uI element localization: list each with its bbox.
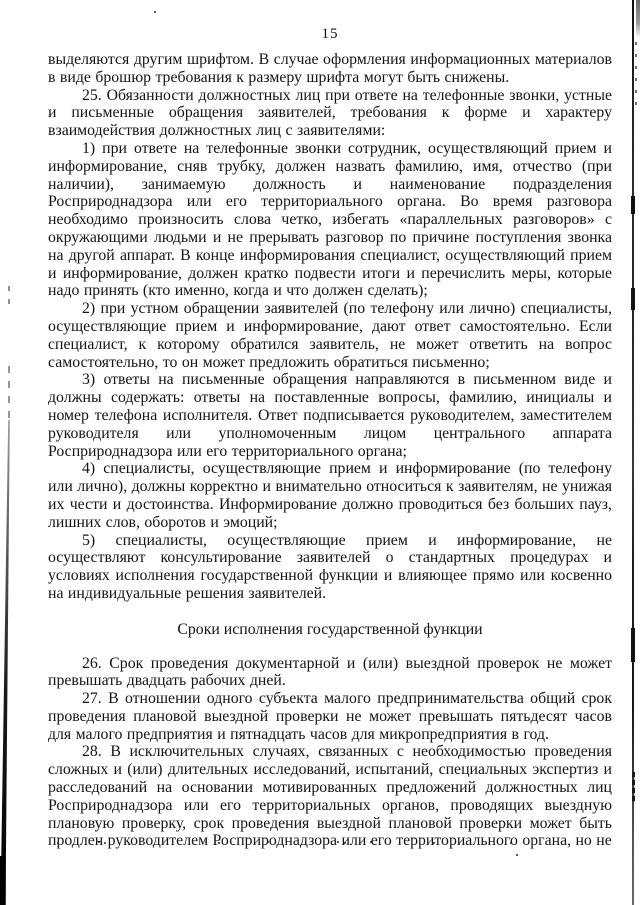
scan-artifact-corner-smudge	[636, 0, 640, 38]
page-number: 15	[48, 26, 612, 43]
document-page: 15 выделяются другим шрифтом. В случае о…	[0, 0, 640, 905]
paragraph: 26. Срок проведения документарной и (или…	[48, 655, 612, 691]
page-content: выделяются другим шрифтом. В случае офор…	[48, 51, 612, 850]
scan-artifact-left-dashes	[8, 366, 10, 422]
paragraph: 27. В отношении одного субъекта малого п…	[48, 690, 612, 743]
scan-artifact-right-mark	[631, 628, 635, 662]
paragraph: 4) специалисты, осуществляющие прием и и…	[48, 460, 612, 531]
scan-artifact-right-mark	[631, 288, 635, 310]
paragraph: 25. Обязанности должностных лиц при отве…	[48, 87, 612, 140]
section-heading: Сроки исполнения государственной функции	[48, 621, 612, 639]
scan-artifact-right-mark	[632, 772, 635, 802]
paragraph: 2) при устном обращении заявителей (по т…	[48, 300, 612, 371]
paragraph: 5) специалисты, осуществляющие прием и и…	[48, 532, 612, 603]
scan-artifact-bottom-left-bar	[0, 856, 6, 905]
scan-artifact-right-edge-line	[632, 0, 634, 905]
scan-artifact-left-dashes	[8, 286, 10, 308]
paragraph: выделяются другим шрифтом. В случае офор…	[48, 51, 612, 87]
paragraph: 28. В исключительных случаях, связанных …	[48, 743, 612, 850]
paragraph: 3) ответы на письменные обращения направ…	[48, 371, 612, 460]
scan-artifact-right-mark	[631, 196, 635, 214]
scan-artifact-right-ticks	[635, 42, 637, 112]
scan-speck	[516, 854, 518, 856]
paragraph: 1) при ответе на телефонные звонки сотру…	[48, 140, 612, 300]
scan-artifact-left-edge-line	[0, 420, 12, 905]
scan-speck	[154, 11, 156, 13]
